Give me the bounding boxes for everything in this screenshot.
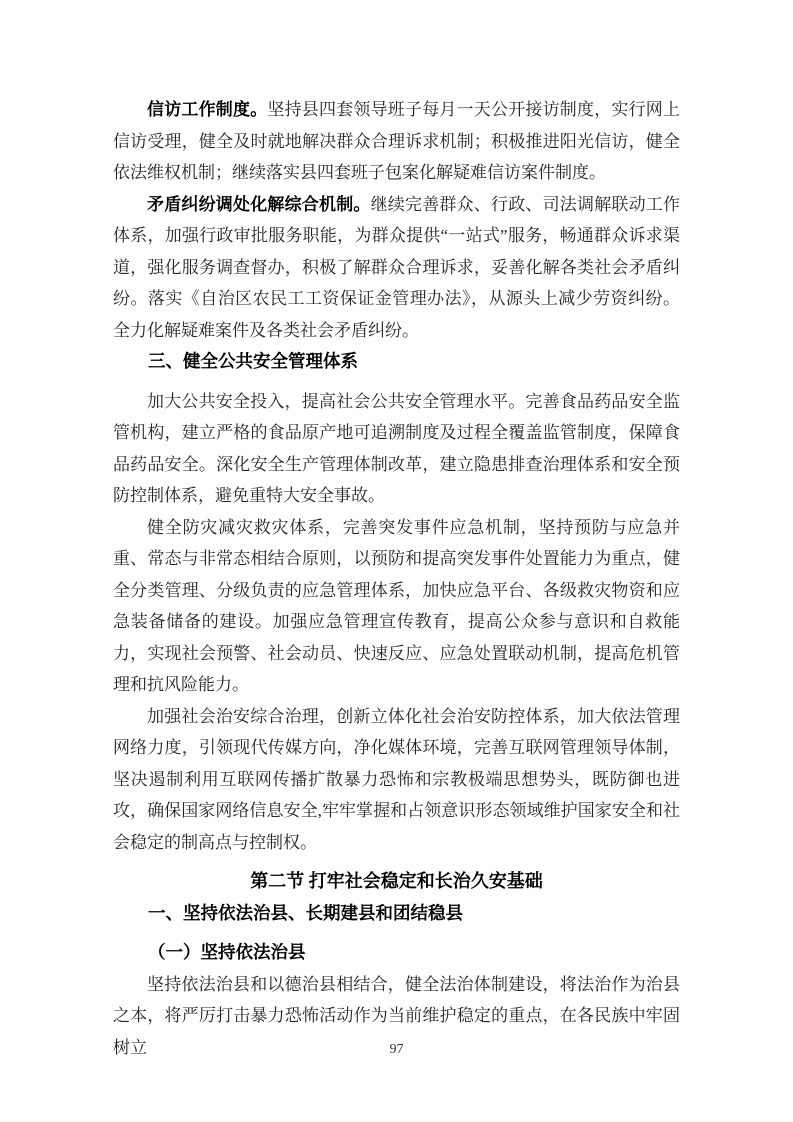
document-page: 信访工作制度。坚持县四套领导班子每月一天公开接访制度，实行网上信访受理，健全及时… <box>0 0 793 1122</box>
run-in-heading-petition: 信访工作制度。 <box>147 100 267 119</box>
paragraph-text: 继续完善群众、行政、司法调解联动工作体系，加强行政审批服务职能，为群众提供“一站… <box>113 195 680 340</box>
page-body: 信访工作制度。坚持县四套领导班子每月一天公开接访制度，实行网上信访受理，健全及时… <box>113 94 680 1063</box>
run-in-heading-mediation: 矛盾纠纷调处化解综合机制。 <box>147 195 371 214</box>
paragraph-public-safety-investment: 加大公共安全投入，提高社会公共安全管理水平。完善食品药品安全监管机构，建立严格的… <box>113 386 680 512</box>
heading-public-safety-system: 三、健全公共安全管理体系 <box>113 346 680 378</box>
page-number: 97 <box>0 1042 793 1058</box>
heading-rule-of-law-county: 一、坚持依法治县、长期建县和团结稳县 <box>113 898 680 930</box>
section-title-stability: 第二节 打牢社会稳定和长治久安基础 <box>113 866 680 898</box>
paragraph-petition-work-system: 信访工作制度。坚持县四套领导班子每月一天公开接访制度，实行网上信访受理，健全及时… <box>113 94 680 189</box>
paragraph-social-order-network: 加强社会治安综合治理，创新立体化社会治安防控体系，加大依法管理网络力度，引领现代… <box>113 701 680 859</box>
subheading-uphold-rule-of-law: （一）坚持依法治县 <box>113 937 680 969</box>
paragraph-disaster-emergency: 健全防灾减灾救灾体系，完善突发事件应急机制，坚持预防与应急并重、常态与非常态相结… <box>113 512 680 701</box>
paragraph-dispute-mediation: 矛盾纠纷调处化解综合机制。继续完善群众、行政、司法调解联动工作体系，加强行政审批… <box>113 189 680 347</box>
